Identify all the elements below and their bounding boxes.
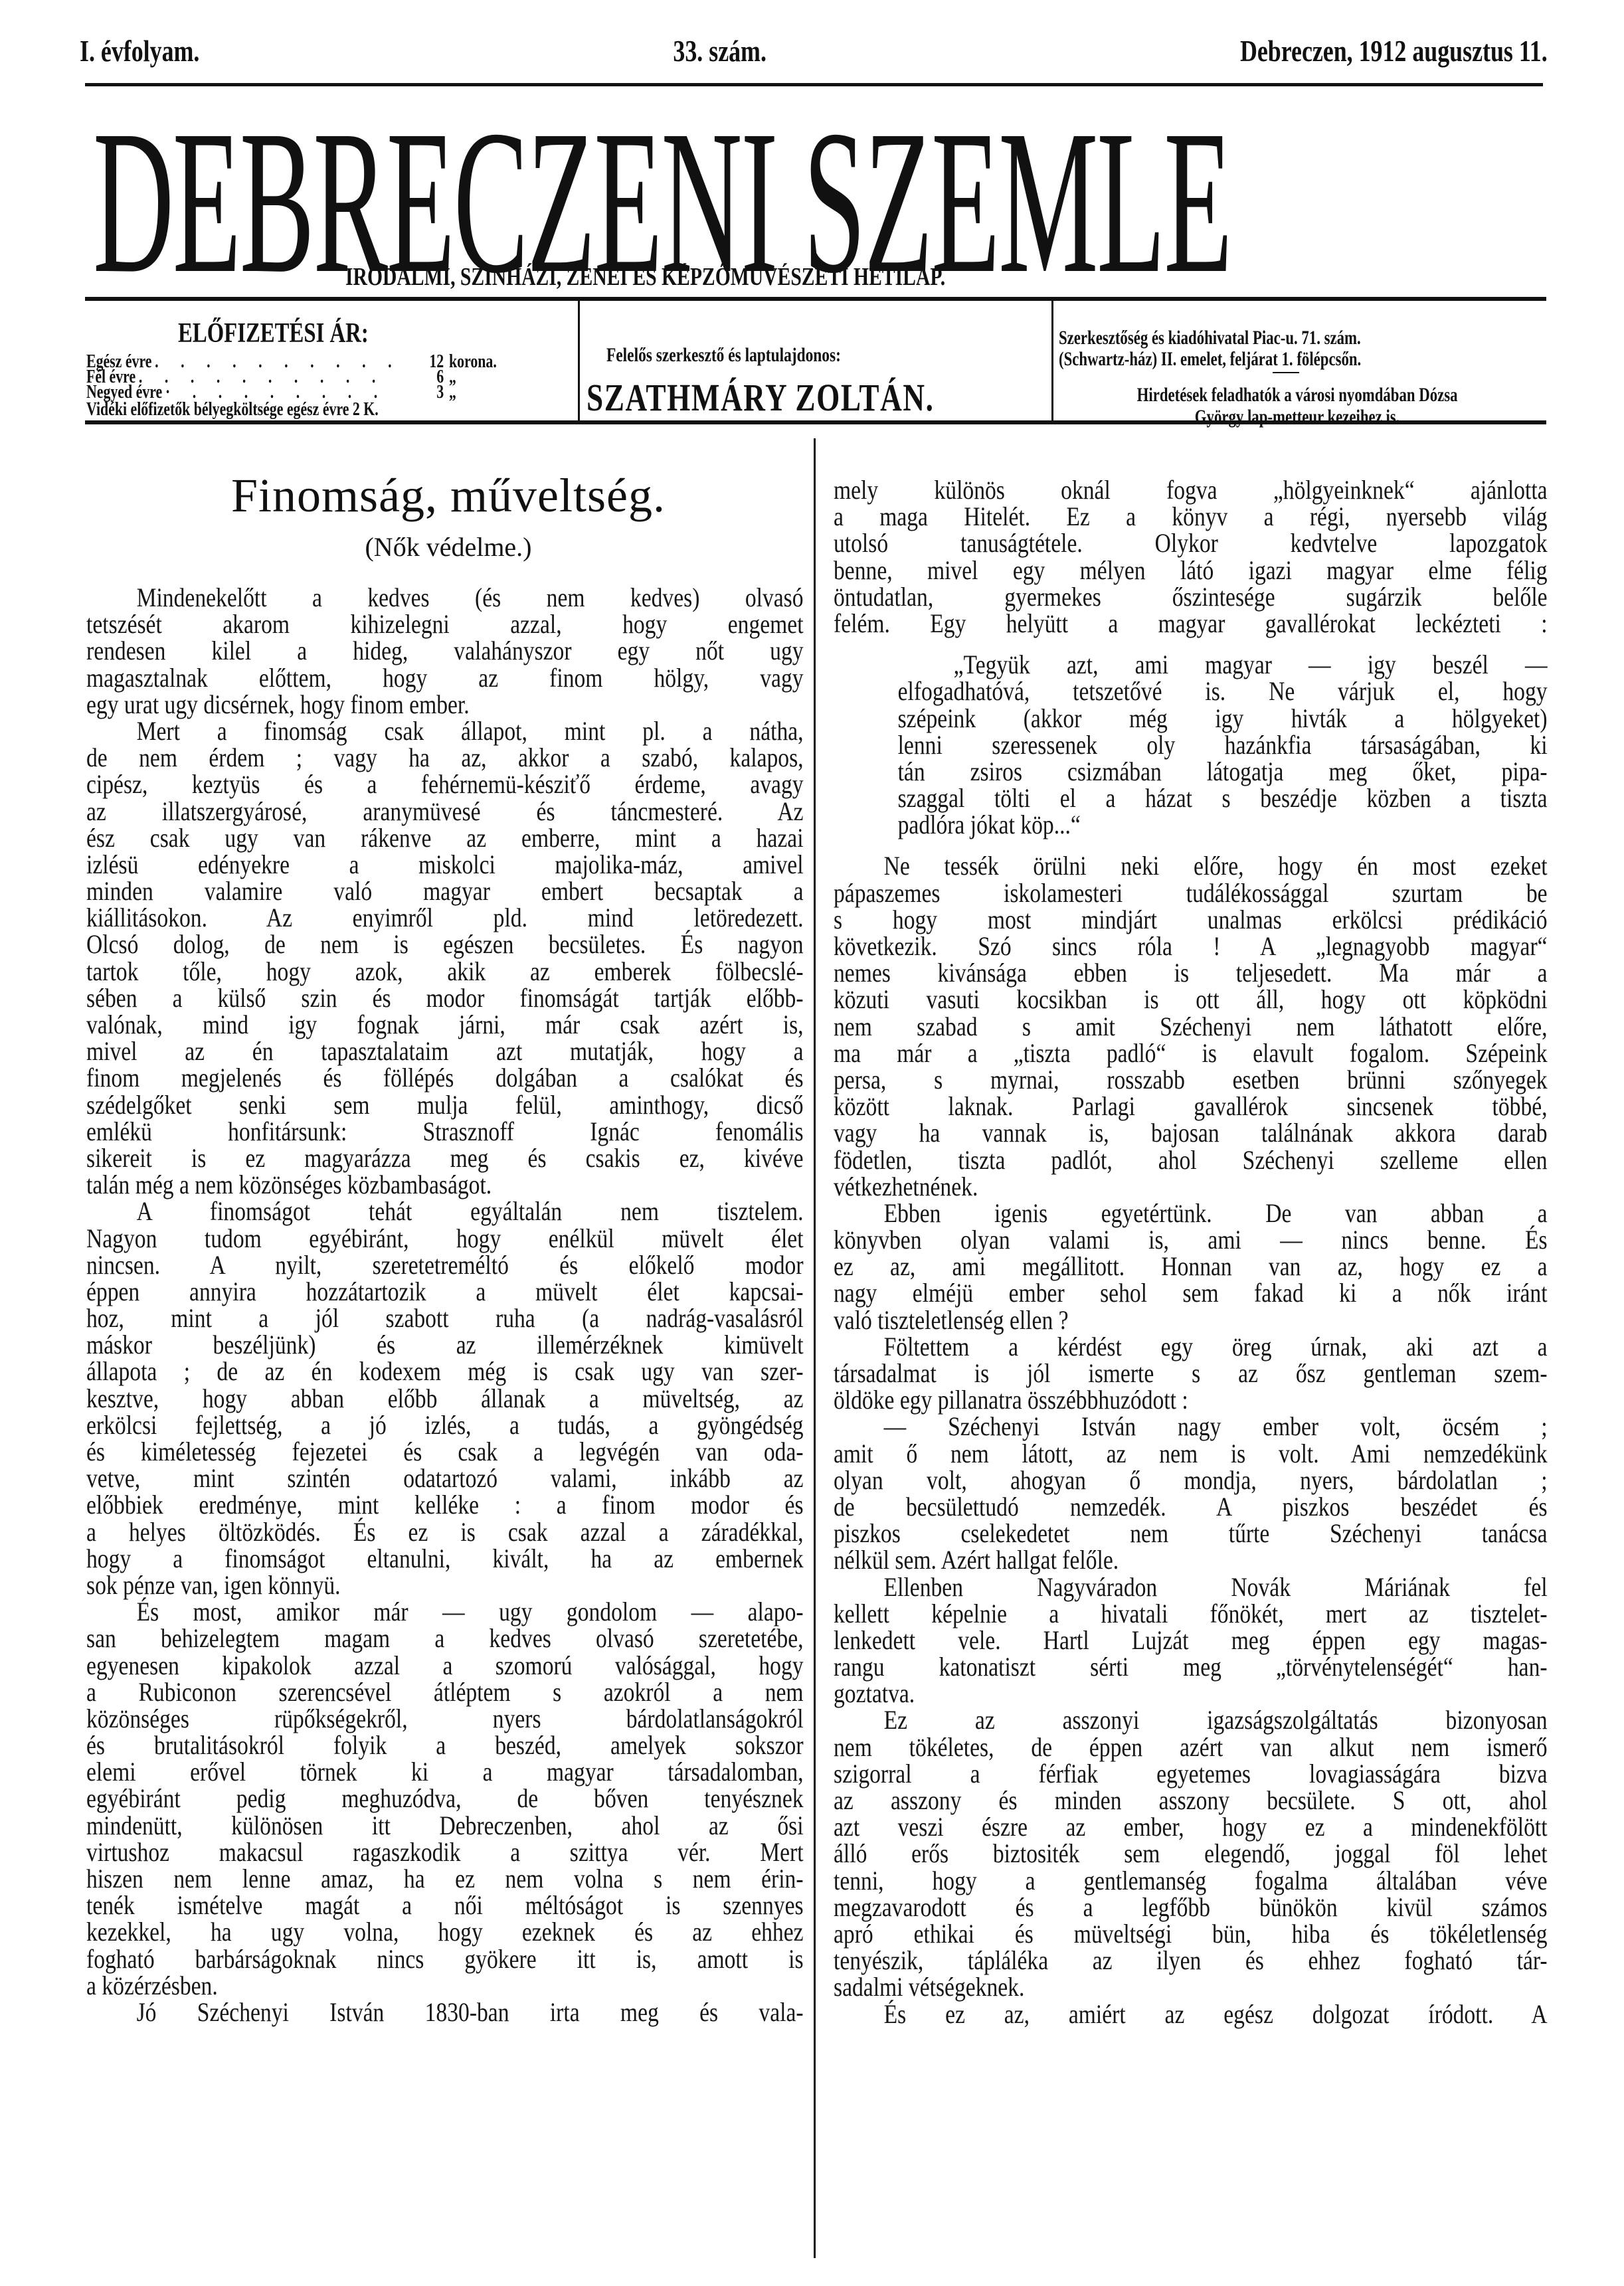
text-line: öldöke egy pillanatra összébbhuzódott :	[834, 1387, 1548, 1413]
text-line: rendesen kilel a hideg, valahányszor egy…	[86, 638, 804, 664]
text-line: egy urat ugy dicsérnek, hogy finom ember…	[86, 691, 804, 718]
text-line: kesztve, hogy abban előbb állanak a müve…	[86, 1385, 804, 1412]
text-line: Jó Széchenyi István 1830-ban irta meg és…	[86, 1999, 804, 2026]
text-line: Ez az asszonyi igazságszolgáltatás bizon…	[834, 1707, 1548, 1733]
text-line: nem szabad s amit Széchenyi nem láthatot…	[834, 1013, 1548, 1040]
quote-line: „Tegyük azt, ami magyar — igy beszél —	[834, 652, 1548, 678]
article-title: Finomság, műveltség.	[103, 468, 794, 523]
text-line: sadalmi vétségeknek.	[834, 1974, 1548, 2000]
text-line: a helyes öltözködés. És ez is csak azzal…	[86, 1519, 804, 1545]
text-line: kellett képelnie a hivatali főnökét, mer…	[834, 1601, 1548, 1627]
text-line: rangu katonatiszt sérti meg „törvénytele…	[834, 1654, 1548, 1680]
text-line: erkölcsi fejlettség, a jó izlés, a tudás…	[86, 1412, 804, 1439]
text-line: álló erős biztositék sem elegendő, jogga…	[834, 1840, 1548, 1867]
text-line: piszkos cselekedetet nem tűrte Széchenyi…	[834, 1520, 1548, 1547]
text-line: a maga Hitelét. Ez a könyv a régi, nyers…	[834, 503, 1548, 530]
subscription-rows: Egész évre . . . . . . . . . . 12 korona…	[86, 354, 485, 420]
subscription-heading: ELŐFIZETÉSI ÁR:	[178, 317, 369, 349]
text-line: nagy elméjü ember sehol sem fakad ki a n…	[834, 1280, 1548, 1306]
text-line: apró ethikai és müveltségi bün, hiba és …	[834, 1921, 1548, 1947]
text-line: azt veszi észre az ember, hogy ez a mind…	[834, 1814, 1548, 1840]
text-line: olyan volt, ahogyan ő mondja, nyers, bár…	[834, 1467, 1548, 1494]
issue-meta-line: I. évfolyam. 33. szám. Debreczen, 1912 a…	[80, 33, 1225, 80]
text-line: máskor beszéljünk) és az illemérzéknek k…	[86, 1332, 804, 1358]
text-line: finom megjelenés és föllépés dolgában a …	[86, 1065, 804, 1091]
article-left-column: Mindenekelőtt a kedves (és nem kedves) o…	[86, 584, 804, 2026]
text-line: nincsen. A nyilt, szeretetreméltó és elő…	[86, 1252, 804, 1278]
office-box: Szerkesztőség és kiadóhivatal Piac-u. 71…	[1053, 301, 1546, 420]
text-line: goztatva.	[834, 1680, 1548, 1707]
quote-line: padlóra jókat köp...“	[834, 812, 1548, 838]
text-line: valónak, mind igy fognak járni, már csak…	[86, 1011, 804, 1038]
info-box: ELŐFIZETÉSI ÁR: Egész évre . . . . . . .…	[85, 297, 1546, 424]
text-line: ma már a „tiszta padló“ is elavult fogal…	[834, 1040, 1548, 1067]
text-line: és kiméletesség fejezetei és csak a legv…	[86, 1439, 804, 1465]
price-row: Negyed évre · . . . . . . . . . 3 „	[86, 385, 527, 400]
text-line: következik. Szó sincs róla ! A „legnagyo…	[834, 933, 1548, 960]
text-line: Mert a finomság csak állapot, mint pl. a…	[86, 718, 804, 745]
text-line: mivel az én tapasztalataim azt mutatják,…	[86, 1038, 804, 1065]
text-line: nem tökéletes, de éppen azért van alkut …	[834, 1734, 1548, 1761]
blockquote: „Tegyük azt, ami magyar — igy beszél — e…	[834, 652, 1548, 838]
text-line: izlésü edényekre a miskolci majolika-máz…	[86, 851, 804, 878]
text-line: az illatszergyárosé, aranymüvesé és tánc…	[86, 798, 804, 825]
ads-line: György lap-metteur kezeihez is.	[1059, 406, 1536, 428]
text-line: éppen annyira hozzátartozik a müvelt éle…	[86, 1278, 804, 1305]
text-line: tartok tőle, hogy azok, akik az emberek …	[86, 958, 804, 985]
masthead-subtitle: IRODALMI, SZINHÁZI, ZENEI ÉS KÉPZŐMŰVÉSZ…	[345, 262, 1071, 292]
text-line: vétkezhetnének.	[834, 1174, 1548, 1200]
top-rule	[85, 83, 1543, 86]
text-line: Ne tessék örülni neki előre, hogy én mos…	[834, 853, 1548, 879]
text-line: de becsülettudó nemzedék. A piszkos besz…	[834, 1494, 1548, 1520]
text-line: magasztalnak előttem, hogy az finom hölg…	[86, 665, 804, 691]
subscription-note: Vidéki előfizetők bélyegköltsége egész é…	[86, 400, 397, 420]
column-divider	[814, 438, 816, 2258]
text-line: Nagyon tudom egyébiránt, hogy enélkül mü…	[86, 1225, 804, 1252]
editor-name: SZATHMÁRY ZOLTÁN.	[586, 375, 935, 420]
text-line: benne, mivel egy mélyen látó igazi magya…	[834, 557, 1548, 584]
text-line: tenni, hogy a gentlemanség fogalma által…	[834, 1868, 1548, 1894]
text-line: — Széchenyi István nagy ember volt, öcsé…	[834, 1413, 1548, 1440]
text-line: szigorral a férfiak egyetemes lovagiassá…	[834, 1761, 1548, 1787]
price-unit: „	[449, 385, 527, 400]
text-line: hoz, mint a jól szabott ruha (a nadrág-v…	[86, 1305, 804, 1332]
text-line: az asszony és minden asszony becsülete. …	[834, 1787, 1548, 1814]
price-dots: · . . . . . . . . .	[162, 385, 397, 400]
price-unit: „	[449, 369, 527, 385]
text-line: nemes kivánsága ebben is teljesedett. Ma…	[834, 960, 1548, 986]
text-line: állapota ; de az én kodexem még is csak …	[86, 1358, 804, 1385]
text-line: persa, s myrnai, rosszabb esetben brünni…	[834, 1067, 1548, 1093]
text-line: lenkedett vele. Hartl Lujzát meg éppen e…	[834, 1627, 1548, 1654]
text-line: minden valamire való magyar embert becsa…	[86, 878, 804, 905]
text-line: ez az, ami megállitott. Honnan van az, h…	[834, 1253, 1548, 1280]
text-line: vetve, mint szintén odatartozó valami, i…	[86, 1465, 804, 1492]
text-line: a Rubiconon szerencsével átléptem s azok…	[86, 1679, 804, 1706]
quote-line: szépeink (akkor még igy hivták a hölgyek…	[834, 705, 1548, 732]
text-line: megzavarodott és a legfőbb bünökön kivül…	[834, 1894, 1548, 1921]
text-line: cipész, keztyüs és a fehérnemü-késziťő é…	[86, 771, 804, 798]
text-line: közönséges rüpőkségekről, nyers bárdolat…	[86, 1706, 804, 1732]
text-line: mely különös oknál fogva „hölgyeinknek“ …	[834, 477, 1548, 503]
quote-line: tán zsiros csizmában látogatja meg őket,…	[834, 758, 1548, 785]
text-line: Ellenben Nagyváradon Novák Máriának fel	[834, 1574, 1548, 1601]
office-divider	[1273, 372, 1299, 373]
text-line: s hogy most mindjárt unalmas erkölcsi pr…	[834, 907, 1548, 933]
text-line: fogható barbárságoknak nincs gyökere itt…	[86, 1946, 804, 1973]
text-line: felém. Egy helyütt a magyar gavallérokat…	[834, 610, 1548, 637]
text-line: hogy a finomságot eltanulni, kivált, ha …	[86, 1545, 804, 1572]
price-row: Egész évre . . . . . . . . . . 12 korona…	[86, 354, 527, 369]
text-line: tenyészik, tápláléka az ilyen és ehhez f…	[834, 1947, 1548, 1974]
editor-label: Felelős szerkesztő és laptulajdonos:	[606, 344, 841, 367]
text-line: utolsó tanuságtétele. Olykor kedvtelve l…	[834, 530, 1548, 557]
text-line: mindenütt, különösen itt Debreczenben, a…	[86, 1812, 804, 1839]
office-address: Szerkesztőség és kiadóhivatal Piac-u. 71…	[1059, 327, 1361, 370]
text-line: És ez az, amiért az egész dolgozat íródo…	[834, 2001, 1548, 2028]
text-line: kiállitásokon. Az enyimről pld. mind let…	[86, 905, 804, 931]
text-line: A finomságot tehát egyáltalán nem tiszte…	[86, 1198, 804, 1225]
text-line: sében a külső szin és modor finomságát t…	[86, 985, 804, 1011]
text-line: emlékü honfitársunk: Strasznoff Ignác fe…	[86, 1118, 804, 1145]
ads-line: Hirdetések feladhatók a városi nyomdában…	[1059, 384, 1536, 406]
office-line: Szerkesztőség és kiadóhivatal Piac-u. 71…	[1059, 327, 1361, 349]
quote-line: lenni szeressenek oly hazánkfia társaság…	[834, 732, 1548, 758]
text-line: való tiszteletlenség ellen ?	[834, 1307, 1548, 1334]
text-line: elemi erővel törnek ki a magyar társadal…	[86, 1759, 804, 1785]
text-line: könyvben olyan valami is, ami — nincs be…	[834, 1227, 1548, 1253]
price-dots: . . . . . . . . . . .	[135, 369, 397, 385]
text-line: hiszen nem lenne amaz, ha ez nem volna s…	[86, 1866, 804, 1892]
volume-label: I. évfolyam.	[80, 33, 199, 68]
text-line: egyenesen kipakolok azzal a szomorú való…	[86, 1652, 804, 1679]
text-line: san behizelegtem magam a kedves olvasó s…	[86, 1625, 804, 1652]
text-line: előbbiek eredménye, mint kelléke : a fin…	[86, 1492, 804, 1518]
article-subtitle: (Nők védelme.)	[103, 531, 794, 563]
text-line: öntudatlan, gyermekes őszintesége sugárz…	[834, 584, 1548, 610]
subscription-box: ELŐFIZETÉSI ÁR: Egész évre . . . . . . .…	[85, 301, 580, 420]
text-line: virtushoz makacsul ragaszkodik a szittya…	[86, 1839, 804, 1866]
issue-number: 33. szám.	[673, 33, 767, 68]
text-line: sikereit is ez magyarázza meg és csakis …	[86, 1145, 804, 1172]
price-dots: . . . . . . . . . .	[151, 354, 397, 369]
quote-line: elfogadhatóvá, tetszetővé is. Ne várjuk …	[834, 678, 1548, 705]
text-line: kezekkel, ha ugy volna, hogy ezeknek és …	[86, 1919, 804, 1945]
article-right-column: mely különös oknál fogva „hölgyeinknek“ …	[834, 477, 1548, 2028]
text-line: Föltettem a kérdést egy öreg úrnak, aki …	[834, 1334, 1548, 1360]
text-line: Ebben igenis egyetértünk. De van abban a	[834, 1200, 1548, 1227]
text-line: Mindenekelőtt a kedves (és nem kedves) o…	[86, 584, 804, 611]
text-line: közuti vasuti kocsikban is ott áll, hogy…	[834, 986, 1548, 1013]
place-date: Debreczen, 1912 augusztus 11.	[1240, 33, 1548, 68]
text-line: pápaszemes iskolamesteri tudálékossággal…	[834, 880, 1548, 907]
text-line: nélkül sem. Azért hallgat felőle.	[834, 1547, 1548, 1573]
editor-box: Felelős szerkesztő és laptulajdonos: SZA…	[580, 301, 1053, 420]
text-line: társadalmat is jól ismerte s az ősz gent…	[834, 1360, 1548, 1387]
text-line: És most, amikor már — ugy gondolom — ala…	[86, 1599, 804, 1625]
newspaper-page: I. évfolyam. 33. szám. Debreczen, 1912 a…	[0, 0, 1624, 2286]
masthead-title: DEBRECZENI SZEMLE	[93, 120, 889, 286]
text-line: talán még a nem közönséges közbambaságot…	[86, 1172, 804, 1198]
text-line: a közérzésben.	[86, 1973, 804, 1999]
price-label: Negyed évre	[86, 385, 162, 400]
text-line: és brutalitásokról folyik a beszéd, amel…	[86, 1732, 804, 1759]
text-line: de nem érdem ; vagy ha az, akkor a szabó…	[86, 745, 804, 771]
text-line: vagy ha vannak is, bajosan találnának ak…	[834, 1120, 1548, 1146]
masthead: DEBRECZENI SZEMLE	[93, 120, 1554, 286]
quote-line: szaggal tölti el a házat s beszédje közb…	[834, 785, 1548, 812]
ads-notice: Hirdetések feladhatók a városi nyomdában…	[1059, 384, 1536, 428]
office-line: (Schwartz-ház) II. emelet, feljárat 1. f…	[1059, 349, 1361, 370]
price-unit: korona.	[449, 354, 527, 369]
text-line: szédelgőket senki sem mulja felül, amint…	[86, 1092, 804, 1118]
text-line: födetlen, tiszta padlót, ahol Széchenyi …	[834, 1147, 1548, 1174]
text-line: ész csak ugy van rákenve az emberre, min…	[86, 825, 804, 851]
price-value: 3	[397, 385, 449, 400]
text-line: amit ő nem látott, az nem is volt. Ami n…	[834, 1441, 1548, 1467]
text-line: Olcsó dolog, de nem is egészen becsülete…	[86, 931, 804, 958]
text-line: tetszését akarom kihizelegni azzal, hogy…	[86, 611, 804, 638]
text-line: sok pénze van, igen könnyü.	[86, 1572, 804, 1599]
text-line: tenék ismételve magát a női méltóságot i…	[86, 1892, 804, 1919]
text-line: egyébiránt pedig meghuzódva, de bőven te…	[86, 1785, 804, 1812]
text-line: között laknak. Parlagi gavallérok sincse…	[834, 1093, 1548, 1120]
